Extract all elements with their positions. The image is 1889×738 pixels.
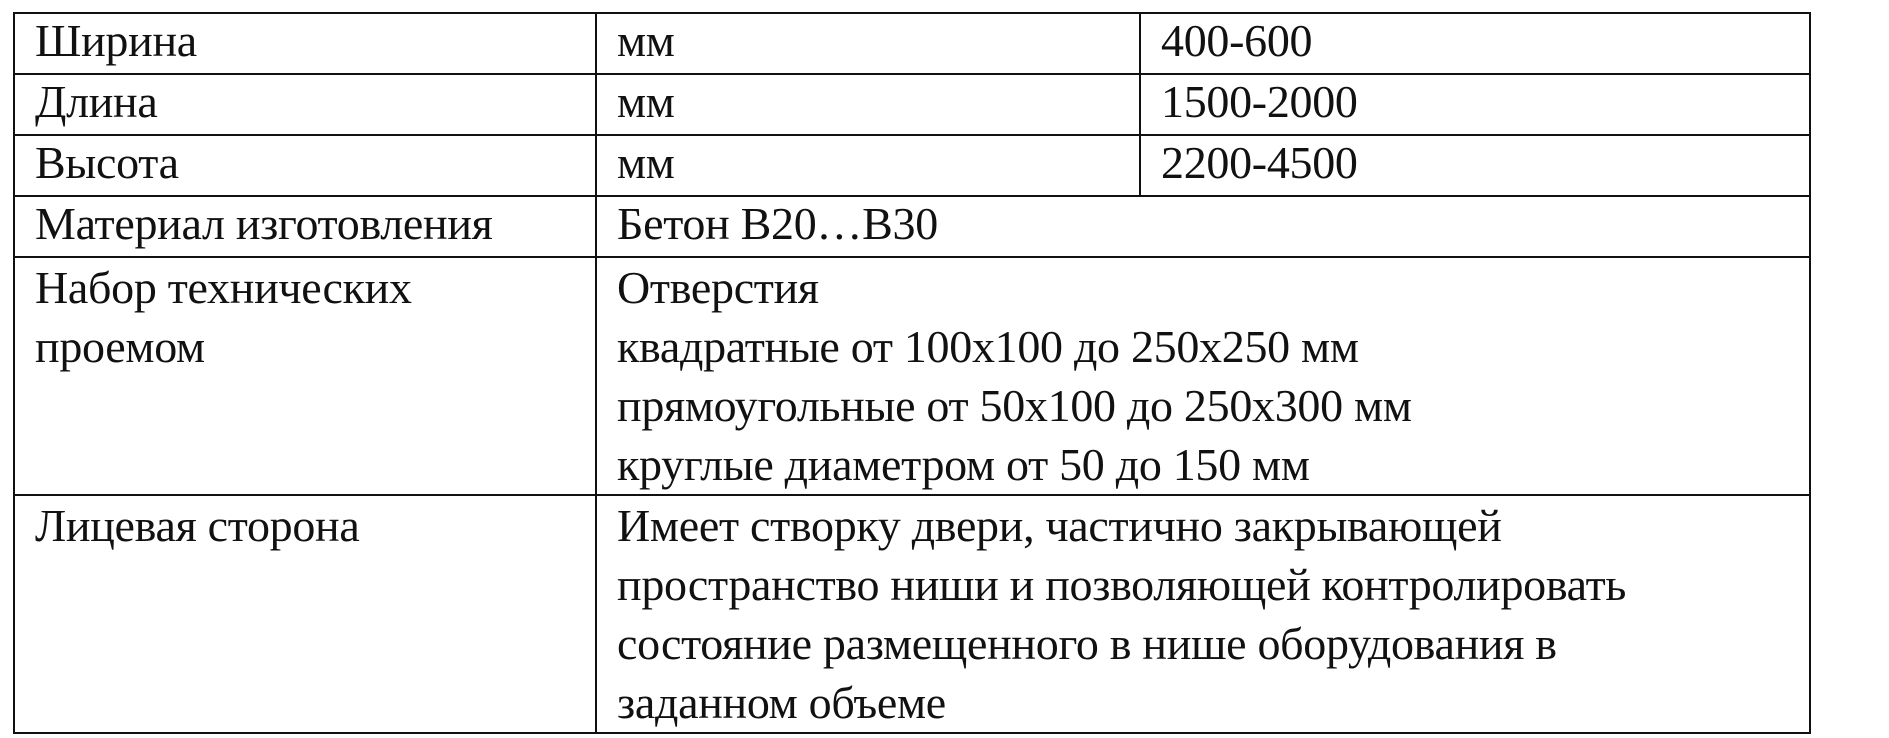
value-cell: 2200-4500: [1140, 135, 1810, 196]
value-cell: 400-600: [1140, 13, 1810, 74]
table-row-openings: Набор технических проемом Отверстия квад…: [14, 257, 1810, 495]
value-label: Бетон B20…B30: [617, 194, 938, 253]
unit-cell: мм: [596, 135, 1140, 196]
unit-label: мм: [617, 133, 675, 192]
param-line: проемом: [35, 317, 595, 376]
unit-cell: мм: [596, 74, 1140, 135]
value-line: прямоугольные от 50х100 до 250х300 мм: [617, 376, 1809, 435]
param-label: Ширина: [35, 11, 197, 70]
param-cell: Материал изготовления: [14, 196, 596, 257]
param-label: Лицевая сторона: [35, 496, 595, 555]
value-line: Отверстия: [617, 258, 1809, 317]
value-cell: Имеет створку двери, частично закрывающе…: [596, 495, 1810, 733]
value-label: 2200-4500: [1161, 133, 1358, 192]
param-cell: Ширина: [14, 13, 596, 74]
param-cell: Лицевая сторона: [14, 495, 596, 733]
value-line: состояние размещенного в нише оборудован…: [617, 614, 1809, 673]
param-line: Набор технических: [35, 258, 595, 317]
value-cell: Отверстия квадратные от 100х100 до 250х2…: [596, 257, 1810, 495]
table-row-width: Ширина мм 400-600: [14, 13, 1810, 74]
table-row-length: Длина мм 1500-2000: [14, 74, 1810, 135]
table-row-material: Материал изготовления Бетон B20…B30: [14, 196, 1810, 257]
unit-label: мм: [617, 11, 675, 70]
value-label: 1500-2000: [1161, 72, 1358, 131]
value-line: Имеет створку двери, частично закрывающе…: [617, 496, 1809, 555]
table-row-height: Высота мм 2200-4500: [14, 135, 1810, 196]
value-label: 400-600: [1161, 11, 1312, 70]
value-cell: 1500-2000: [1140, 74, 1810, 135]
unit-label: мм: [617, 72, 675, 131]
param-cell: Длина: [14, 74, 596, 135]
table-row-front-side: Лицевая сторона Имеет створку двери, час…: [14, 495, 1810, 733]
value-line: заданном объеме: [617, 673, 1809, 732]
value-line: круглые диаметром от 50 до 150 мм: [617, 435, 1809, 494]
param-cell: Высота: [14, 135, 596, 196]
value-cell: Бетон B20…B30: [596, 196, 1810, 257]
specification-table: Ширина мм 400-600 Длина мм 1500-2000 Выс…: [13, 12, 1811, 734]
param-label: Материал изготовления: [35, 194, 493, 253]
param-label: Высота: [35, 133, 179, 192]
value-line: квадратные от 100х100 до 250х250 мм: [617, 317, 1809, 376]
unit-cell: мм: [596, 13, 1140, 74]
param-cell: Набор технических проемом: [14, 257, 596, 495]
param-label: Длина: [35, 72, 158, 131]
value-line: пространство ниши и позволяющей контроли…: [617, 555, 1809, 614]
